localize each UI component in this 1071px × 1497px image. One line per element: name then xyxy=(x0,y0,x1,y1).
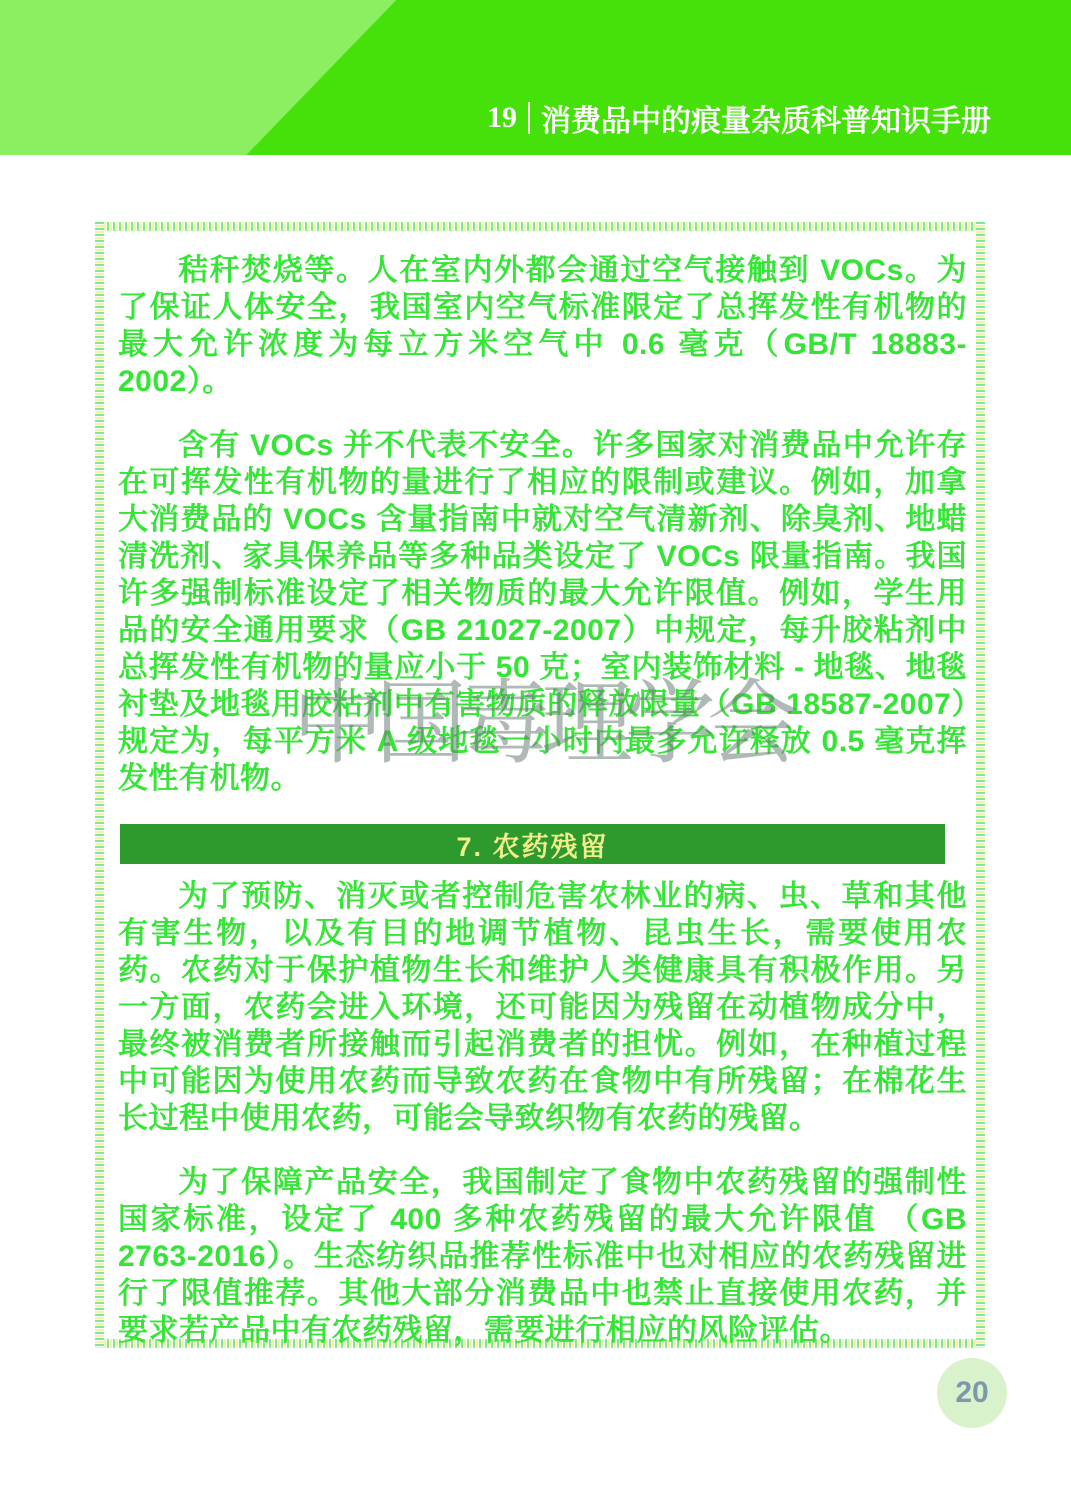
header-title-row: 19 消费品中的痕量杂质科普知识手册 xyxy=(487,96,991,140)
section-banner: 7. 农药残留 xyxy=(120,824,945,864)
paragraph-pesticide-standards: 为了保障产品安全，我国制定了食物中农药残留的强制性国家标准，设定了 400 多种… xyxy=(118,1164,967,1349)
box-border-top xyxy=(95,222,985,231)
paragraph-pesticide-intro: 为了预防、消灭或者控制危害农林业的病、虫、草和其他有害生物，以及有目的地调节植物… xyxy=(118,878,967,1137)
paragraph-vocs-limit: 秸秆焚烧等。人在室内外都会通过空气接触到 VOCs。为了保证人体安全，我国室内空… xyxy=(118,252,967,400)
box-border-right xyxy=(976,222,985,1348)
paragraph-vocs-standards: 含有 VOCs 并不代表不安全。许多国家对消费品中允许存在可挥发性有机物的量进行… xyxy=(118,427,967,797)
page-header: 19 消费品中的痕量杂质科普知识手册 xyxy=(0,0,1071,155)
section-banner-title: 7. 农药残留 xyxy=(456,825,608,864)
header-page-ref: 19 xyxy=(487,101,517,135)
page-number: 20 xyxy=(955,1376,988,1410)
header-title: 消费品中的痕量杂质科普知识手册 xyxy=(541,96,991,140)
content-box: 秸秆焚烧等。人在室内外都会通过空气接触到 VOCs。为了保证人体安全，我国室内空… xyxy=(95,222,985,1348)
page-number-badge: 20 xyxy=(937,1358,1007,1428)
box-inner: 秸秆焚烧等。人在室内外都会通过空气接触到 VOCs。为了保证人体安全，我国室内空… xyxy=(118,252,967,1330)
box-border-left xyxy=(95,222,104,1348)
header-divider xyxy=(528,102,530,134)
